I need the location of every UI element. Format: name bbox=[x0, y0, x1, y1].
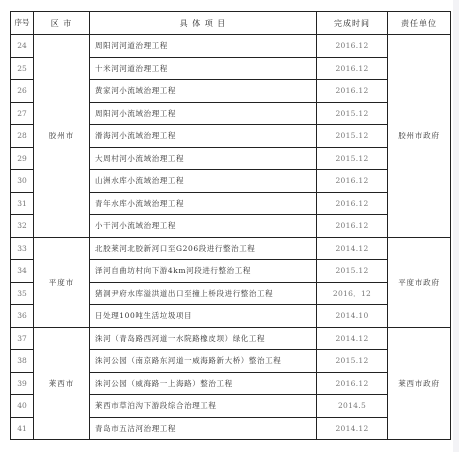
page-edge bbox=[453, 0, 459, 452]
row-date: 2015.12 bbox=[317, 102, 388, 125]
row-item: 滑海河小流域治理工程 bbox=[90, 125, 317, 148]
row-seq: 26 bbox=[11, 80, 34, 103]
row-item: 北胶莱河北胶新河口至G206段进行整治工程 bbox=[90, 237, 317, 260]
row-seq: 32 bbox=[11, 215, 34, 238]
row-seq: 41 bbox=[11, 417, 34, 440]
header-unit: 责任单位 bbox=[388, 12, 451, 35]
header-district: 区 市 bbox=[34, 12, 90, 35]
row-date: 2016.12 bbox=[317, 35, 388, 58]
row-date: 2014.12 bbox=[317, 417, 388, 440]
row-seq: 30 bbox=[11, 170, 34, 193]
row-seq: 36 bbox=[11, 305, 34, 328]
header-seq: 序号 bbox=[11, 12, 34, 35]
district-cell: 胶州市 bbox=[34, 35, 90, 238]
project-table: 序号 区 市 具 体 项 目 完成时间 责任单位 24 胶州市 周阳河河道治理工… bbox=[10, 11, 451, 440]
row-item: 周阳河河道治理工程 bbox=[90, 35, 317, 58]
row-date: 2015.12 bbox=[317, 260, 388, 283]
table-row: 33 平度市 北胶莱河北胶新河口至G206段进行整治工程 2014.12 平度市… bbox=[11, 237, 451, 260]
row-item: 洙河（青岛路西河道一水院路橡皮坝）绿化工程 bbox=[90, 327, 317, 350]
row-item: 莱西市草泊沟下游段综合治理工程 bbox=[90, 395, 317, 418]
row-date: 2016.12 bbox=[317, 215, 388, 238]
row-date: 2016.12 bbox=[317, 57, 388, 80]
district-cell: 平度市 bbox=[34, 237, 90, 327]
row-item: 黄家河小流域治理工程 bbox=[90, 80, 317, 103]
row-item: 洙河公园（南京路东河道一威海路新大桥）整治工程 bbox=[90, 350, 317, 373]
row-seq: 35 bbox=[11, 282, 34, 305]
row-date: 2014.12 bbox=[317, 327, 388, 350]
row-date: 2014.5 bbox=[317, 395, 388, 418]
row-seq: 37 bbox=[11, 327, 34, 350]
row-date: 2016．12 bbox=[317, 282, 388, 305]
row-seq: 40 bbox=[11, 395, 34, 418]
header-row: 序号 区 市 具 体 项 目 完成时间 责任单位 bbox=[11, 12, 451, 35]
row-seq: 24 bbox=[11, 35, 34, 58]
row-item: 泽河自曲坊村向下游4km河段进行整治工程 bbox=[90, 260, 317, 283]
row-seq: 33 bbox=[11, 237, 34, 260]
row-item: 青岛市五沽河治理工程 bbox=[90, 417, 317, 440]
unit-cell: 莱西市政府 bbox=[388, 327, 451, 440]
row-date: 2016.12 bbox=[317, 80, 388, 103]
row-item: 日处理100吨生活垃圾项目 bbox=[90, 305, 317, 328]
row-item: 山洲水库小流域治理工程 bbox=[90, 170, 317, 193]
header-item: 具 体 项 目 bbox=[90, 12, 317, 35]
row-seq: 38 bbox=[11, 350, 34, 373]
row-seq: 31 bbox=[11, 192, 34, 215]
row-date: 2014.12 bbox=[317, 237, 388, 260]
row-item: 青年水库小流域治理工程 bbox=[90, 192, 317, 215]
row-date: 2016.12 bbox=[317, 170, 388, 193]
row-item: 猪洞尹府水库溢洪道出口至撞上桥段进行整治工程 bbox=[90, 282, 317, 305]
row-date: 2015.12 bbox=[317, 350, 388, 373]
row-seq: 25 bbox=[11, 57, 34, 80]
row-date: 2015.12 bbox=[317, 125, 388, 148]
table-row: 37 莱西市 洙河（青岛路西河道一水院路橡皮坝）绿化工程 2014.12 莱西市… bbox=[11, 327, 451, 350]
row-seq: 28 bbox=[11, 125, 34, 148]
row-item: 十米河河道治理工程 bbox=[90, 57, 317, 80]
unit-cell: 平度市政府 bbox=[388, 237, 451, 327]
row-seq: 27 bbox=[11, 102, 34, 125]
row-item: 洙河公园（威海路一上海路）整治工程 bbox=[90, 372, 317, 395]
row-item: 大周村河小流域治理工程 bbox=[90, 147, 317, 170]
row-item: 周阳河小流域治理工程 bbox=[90, 102, 317, 125]
row-seq: 29 bbox=[11, 147, 34, 170]
district-cell: 莱西市 bbox=[34, 327, 90, 440]
row-date: 2016.12 bbox=[317, 192, 388, 215]
header-date: 完成时间 bbox=[317, 12, 388, 35]
row-date: 2014.10 bbox=[317, 305, 388, 328]
row-date: 2015.12 bbox=[317, 147, 388, 170]
row-item: 小干河小流域治理工程 bbox=[90, 215, 317, 238]
row-seq: 34 bbox=[11, 260, 34, 283]
row-date: 2016.12 bbox=[317, 372, 388, 395]
row-seq: 39 bbox=[11, 372, 34, 395]
table-row: 24 胶州市 周阳河河道治理工程 2016.12 胶州市政府 bbox=[11, 35, 451, 58]
unit-cell: 胶州市政府 bbox=[388, 35, 451, 238]
